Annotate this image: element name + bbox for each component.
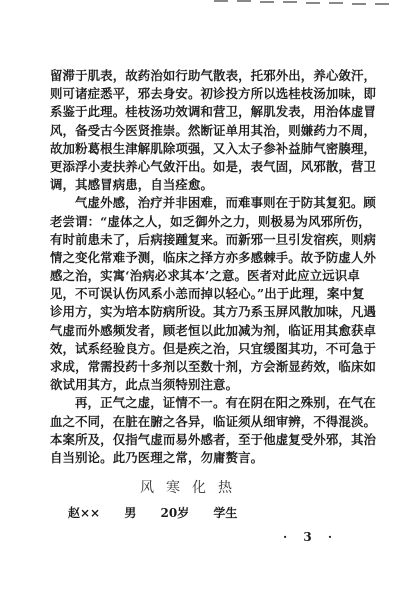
patient-occupation: 学生 (213, 506, 237, 520)
paragraph-start-line: 气虚外感，治疗并非困难，而难事则在于防其复犯。顾 (50, 194, 354, 212)
text-line: 有时前患未了，后病接踵复来。而新邪一旦引发宿疾，则病 (50, 231, 354, 249)
paragraph-start-line: 再，正气之虚，证情不一。有在阴在阳之殊别，在气在 (50, 394, 354, 412)
text-line: 诊用方，实为培本防病所设。其方乃系玉屏风散加味，凡遇 (50, 303, 354, 321)
text-line: 见，不可误认伤风系小恙而掉以轻心。”出于此理，案中复 (50, 285, 354, 303)
scan-edge-marks (212, 0, 392, 6)
patient-sex: 男 (124, 506, 136, 520)
text-line: 更添浮小麦扶养心气敛汗出。如是，表气固，风邪散，营卫 (50, 158, 354, 176)
text-line: 本案所及，仅指气虚而易外感者，至于他虚复受外邪，其治 (50, 431, 354, 449)
patient-name: 赵×× (68, 506, 100, 520)
page-number: · 3 · (283, 530, 338, 544)
text-line: 求成，常需投药十多剂以至数十剂，方会渐显药效，临床如 (50, 358, 354, 376)
text-line: 故加粉葛根生津解肌除项强，又入太子参补益肺气密腠理， (50, 140, 354, 158)
patient-age: 20岁 (161, 506, 190, 520)
text-line: 调，其感冒病患，自当痊愈。 (50, 176, 354, 194)
text-line: 留滞于肌表，故药治如行助气散表，托邪外出，养心敛汗， (50, 67, 354, 85)
section-title: 风寒化热 (140, 477, 244, 497)
text-line: 风，备受古今医贤推崇。然断证单用其治，则嫌药力不周， (50, 122, 354, 140)
text-line: 感之治，实寓‘治病必求其本’之意。医者对此应立远识卓 (50, 267, 354, 285)
text-line: 效，试系经验良方。但是疾之治，只宜缓图其功，不可急于 (50, 340, 354, 358)
patient-info: 赵×× 男 20岁 学生 (68, 504, 251, 521)
text-line: 气虚而外感频发者，顾老恒以此加减为剂，临证用其愈获卓 (50, 322, 354, 340)
text-line: 欲试用其方，此点当须特别注意。 (50, 376, 354, 394)
text-line: 血之不同，在脏在腑之各异，临证须从细审辨，不得混淡。 (50, 413, 354, 431)
text-line: 系鉴于此理。桂枝汤功效调和营卫，解肌发表，用治体虚冒 (50, 103, 354, 121)
text-line: 则可诸症悉平，邪去身安。初诊投方所以选桂枝汤加味，即 (50, 85, 354, 103)
body-text: 留滞于肌表，故药治如行助气散表，托邪外出，养心敛汗， 则可诸症悉平，邪去身安。初… (50, 67, 354, 467)
text-line: 情之变化常难予测，临床之择方亦多感棘手。故予防虚人外 (50, 249, 354, 267)
text-line: 老尝谓：“虚体之人，如乏御外之力，则极易为风邪所伤， (50, 213, 354, 231)
text-line: 自当别论。此乃医理之常，勿庸赘言。 (50, 449, 354, 467)
